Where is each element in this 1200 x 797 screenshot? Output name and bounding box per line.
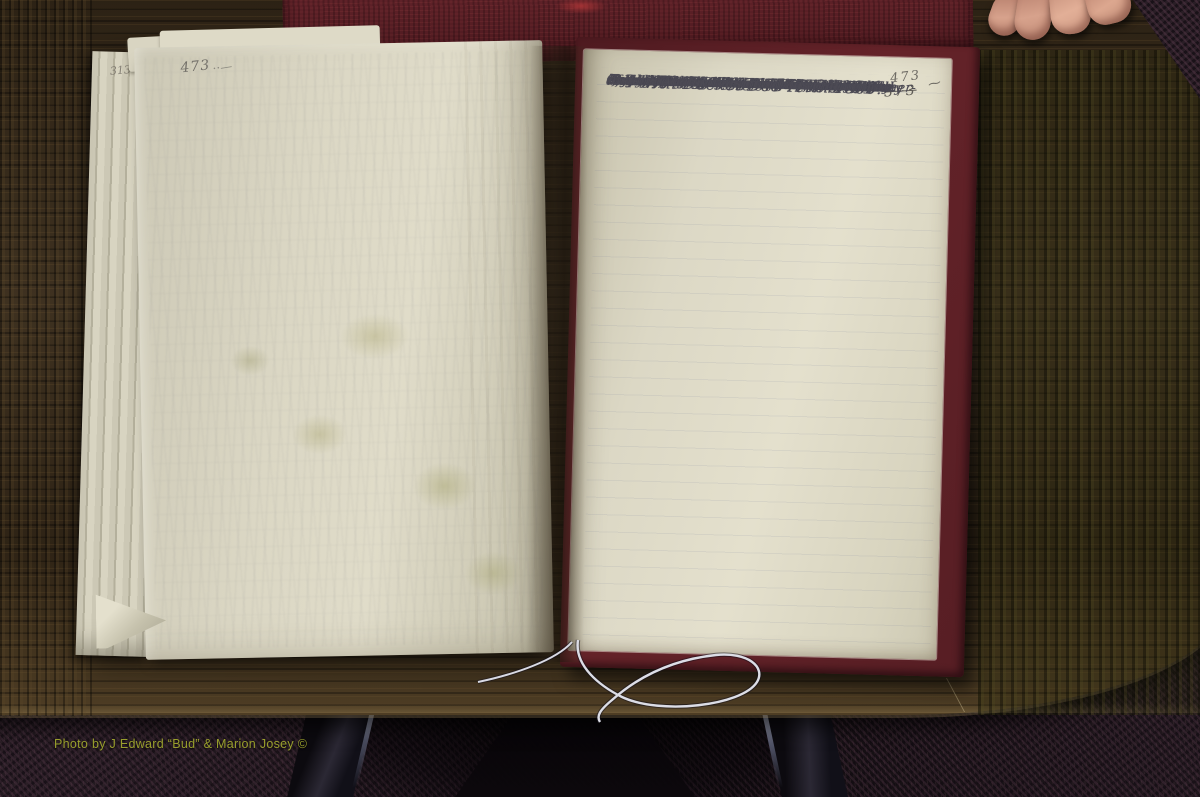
page-stain xyxy=(464,551,523,596)
page-stain xyxy=(291,414,348,455)
photograph-of-will-docket-book: 313 473 ··— 473 373 ⁓ Will Docket Dec Te… xyxy=(0,0,1200,797)
left-page: 473 ··— xyxy=(134,40,554,660)
page-stain xyxy=(412,461,477,510)
wood-grain-right xyxy=(978,50,1200,715)
book-cover-highlight xyxy=(555,0,607,14)
pencil-flourish: ⁓ xyxy=(927,75,943,92)
left-page-pencil-number: 473 xyxy=(180,57,211,76)
right-page: 473 373 ⁓ Will Docket Dec Term 1866. In … xyxy=(568,49,952,659)
page-stain xyxy=(230,345,271,376)
finger xyxy=(1081,0,1135,29)
page-stain xyxy=(339,313,410,360)
book-gutter-shadow xyxy=(526,46,588,662)
pencil-flourish: ··— xyxy=(212,59,234,76)
photographer-watermark: Photo by J Edward “Bud” & Marion Josey © xyxy=(54,737,307,751)
hand xyxy=(988,0,1148,54)
